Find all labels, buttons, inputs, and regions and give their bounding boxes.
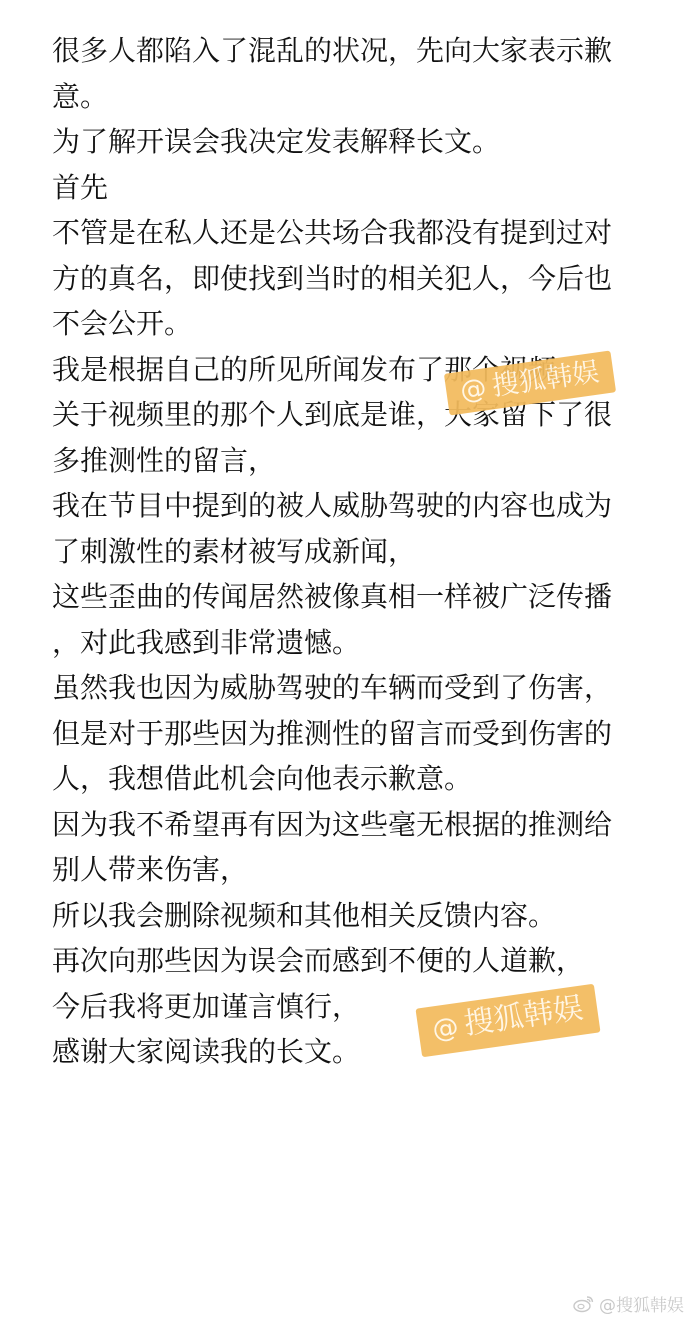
weibo-icon <box>573 1295 595 1313</box>
text-line: 所以我会删除视频和其他相关反馈内容。 <box>52 893 652 939</box>
text-line: ，对此我感到非常遗憾。 <box>52 620 652 666</box>
text-line: 再次向那些因为误会而感到不便的人道歉， <box>52 938 652 984</box>
text-line: 但是对于那些因为推测性的留言而受到伤害的 <box>52 711 652 757</box>
text-line: 为了解开误会我决定发表解释长文。 <box>52 119 652 165</box>
at-symbol: @ <box>431 1012 461 1045</box>
text-line: 人，我想借此机会向他表示歉意。 <box>52 756 652 802</box>
text-line: 方的真名，即使找到当时的相关犯人，今后也 <box>52 256 652 302</box>
weibo-handle: @搜狐韩娱 <box>599 1291 684 1316</box>
text-line: 很多人都陷入了混乱的状况，先向大家表示歉 <box>52 28 652 74</box>
weibo-watermark: @搜狐韩娱 <box>573 1291 684 1316</box>
text-line: 别人带来伤害， <box>52 847 652 893</box>
text-line: 首先 <box>52 165 652 211</box>
text-line: 因为我不希望再有因为这些毫无根据的推测给 <box>52 802 652 848</box>
text-line: 这些歪曲的传闻居然被像真相一样被广泛传播 <box>52 574 652 620</box>
document-body: 很多人都陷入了混乱的状况，先向大家表示歉 意。 为了解开误会我决定发表解释长文。… <box>52 28 652 1075</box>
text-line: 意。 <box>52 74 652 120</box>
text-line: 我在节目中提到的被人威胁驾驶的内容也成为 <box>52 483 652 529</box>
at-symbol: @ <box>458 373 488 406</box>
text-line: 不管是在私人还是公共场合我都没有提到过对 <box>52 210 652 256</box>
text-line: 不会公开。 <box>52 301 652 347</box>
text-line: 了刺激性的素材被写成新闻， <box>52 529 652 575</box>
text-line: 多推测性的留言， <box>52 438 652 484</box>
text-line: 虽然我也因为威胁驾驶的车辆而受到了伤害， <box>52 665 652 711</box>
